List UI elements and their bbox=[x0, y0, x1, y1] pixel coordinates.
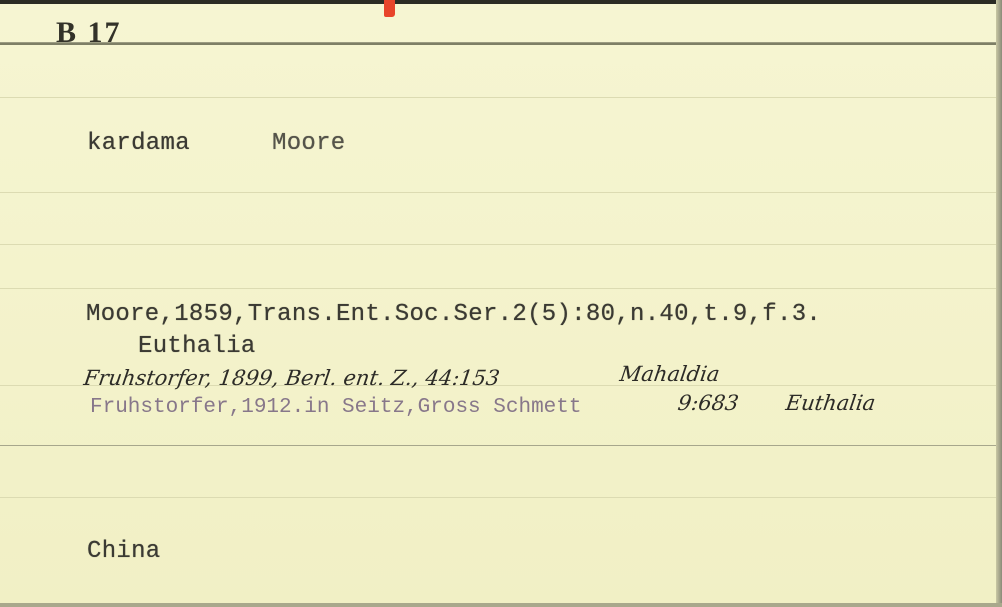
handwritten-genus-1: Mahaldia bbox=[618, 362, 721, 386]
card-right-edge bbox=[996, 0, 1002, 607]
handwritten-genus-2: Euthalia bbox=[784, 391, 877, 415]
ruled-line bbox=[0, 497, 996, 498]
header-rule bbox=[0, 43, 996, 45]
ruled-line bbox=[0, 244, 996, 245]
red-tab-marker bbox=[384, 0, 395, 17]
handwritten-reference-1: Fruhstorfer, 1899, Berl. ent. Z., 44:153 bbox=[82, 366, 501, 390]
stamped-reference: Fruhstorfer,1912.in Seitz,Gross Schmett bbox=[90, 396, 581, 419]
call-number: B 17 bbox=[56, 16, 122, 50]
original-reference: Moore,1859,Trans.Ent.Soc.Ser.2(5):80,n.4… bbox=[86, 301, 821, 328]
original-genus: Euthalia bbox=[138, 333, 256, 360]
locality: China bbox=[87, 538, 161, 565]
ruled-line bbox=[0, 192, 996, 193]
ruled-line bbox=[0, 97, 996, 98]
species-author: Moore bbox=[272, 130, 346, 157]
card-bottom-edge bbox=[0, 603, 1002, 607]
handwritten-reference-2: 9:683 bbox=[676, 391, 740, 415]
ruled-line bbox=[0, 288, 996, 289]
species-name: kardama bbox=[87, 130, 190, 157]
ruled-line bbox=[0, 445, 996, 446]
index-card: B 17 kardama Moore Moore,1859,Trans.Ent.… bbox=[0, 4, 996, 604]
